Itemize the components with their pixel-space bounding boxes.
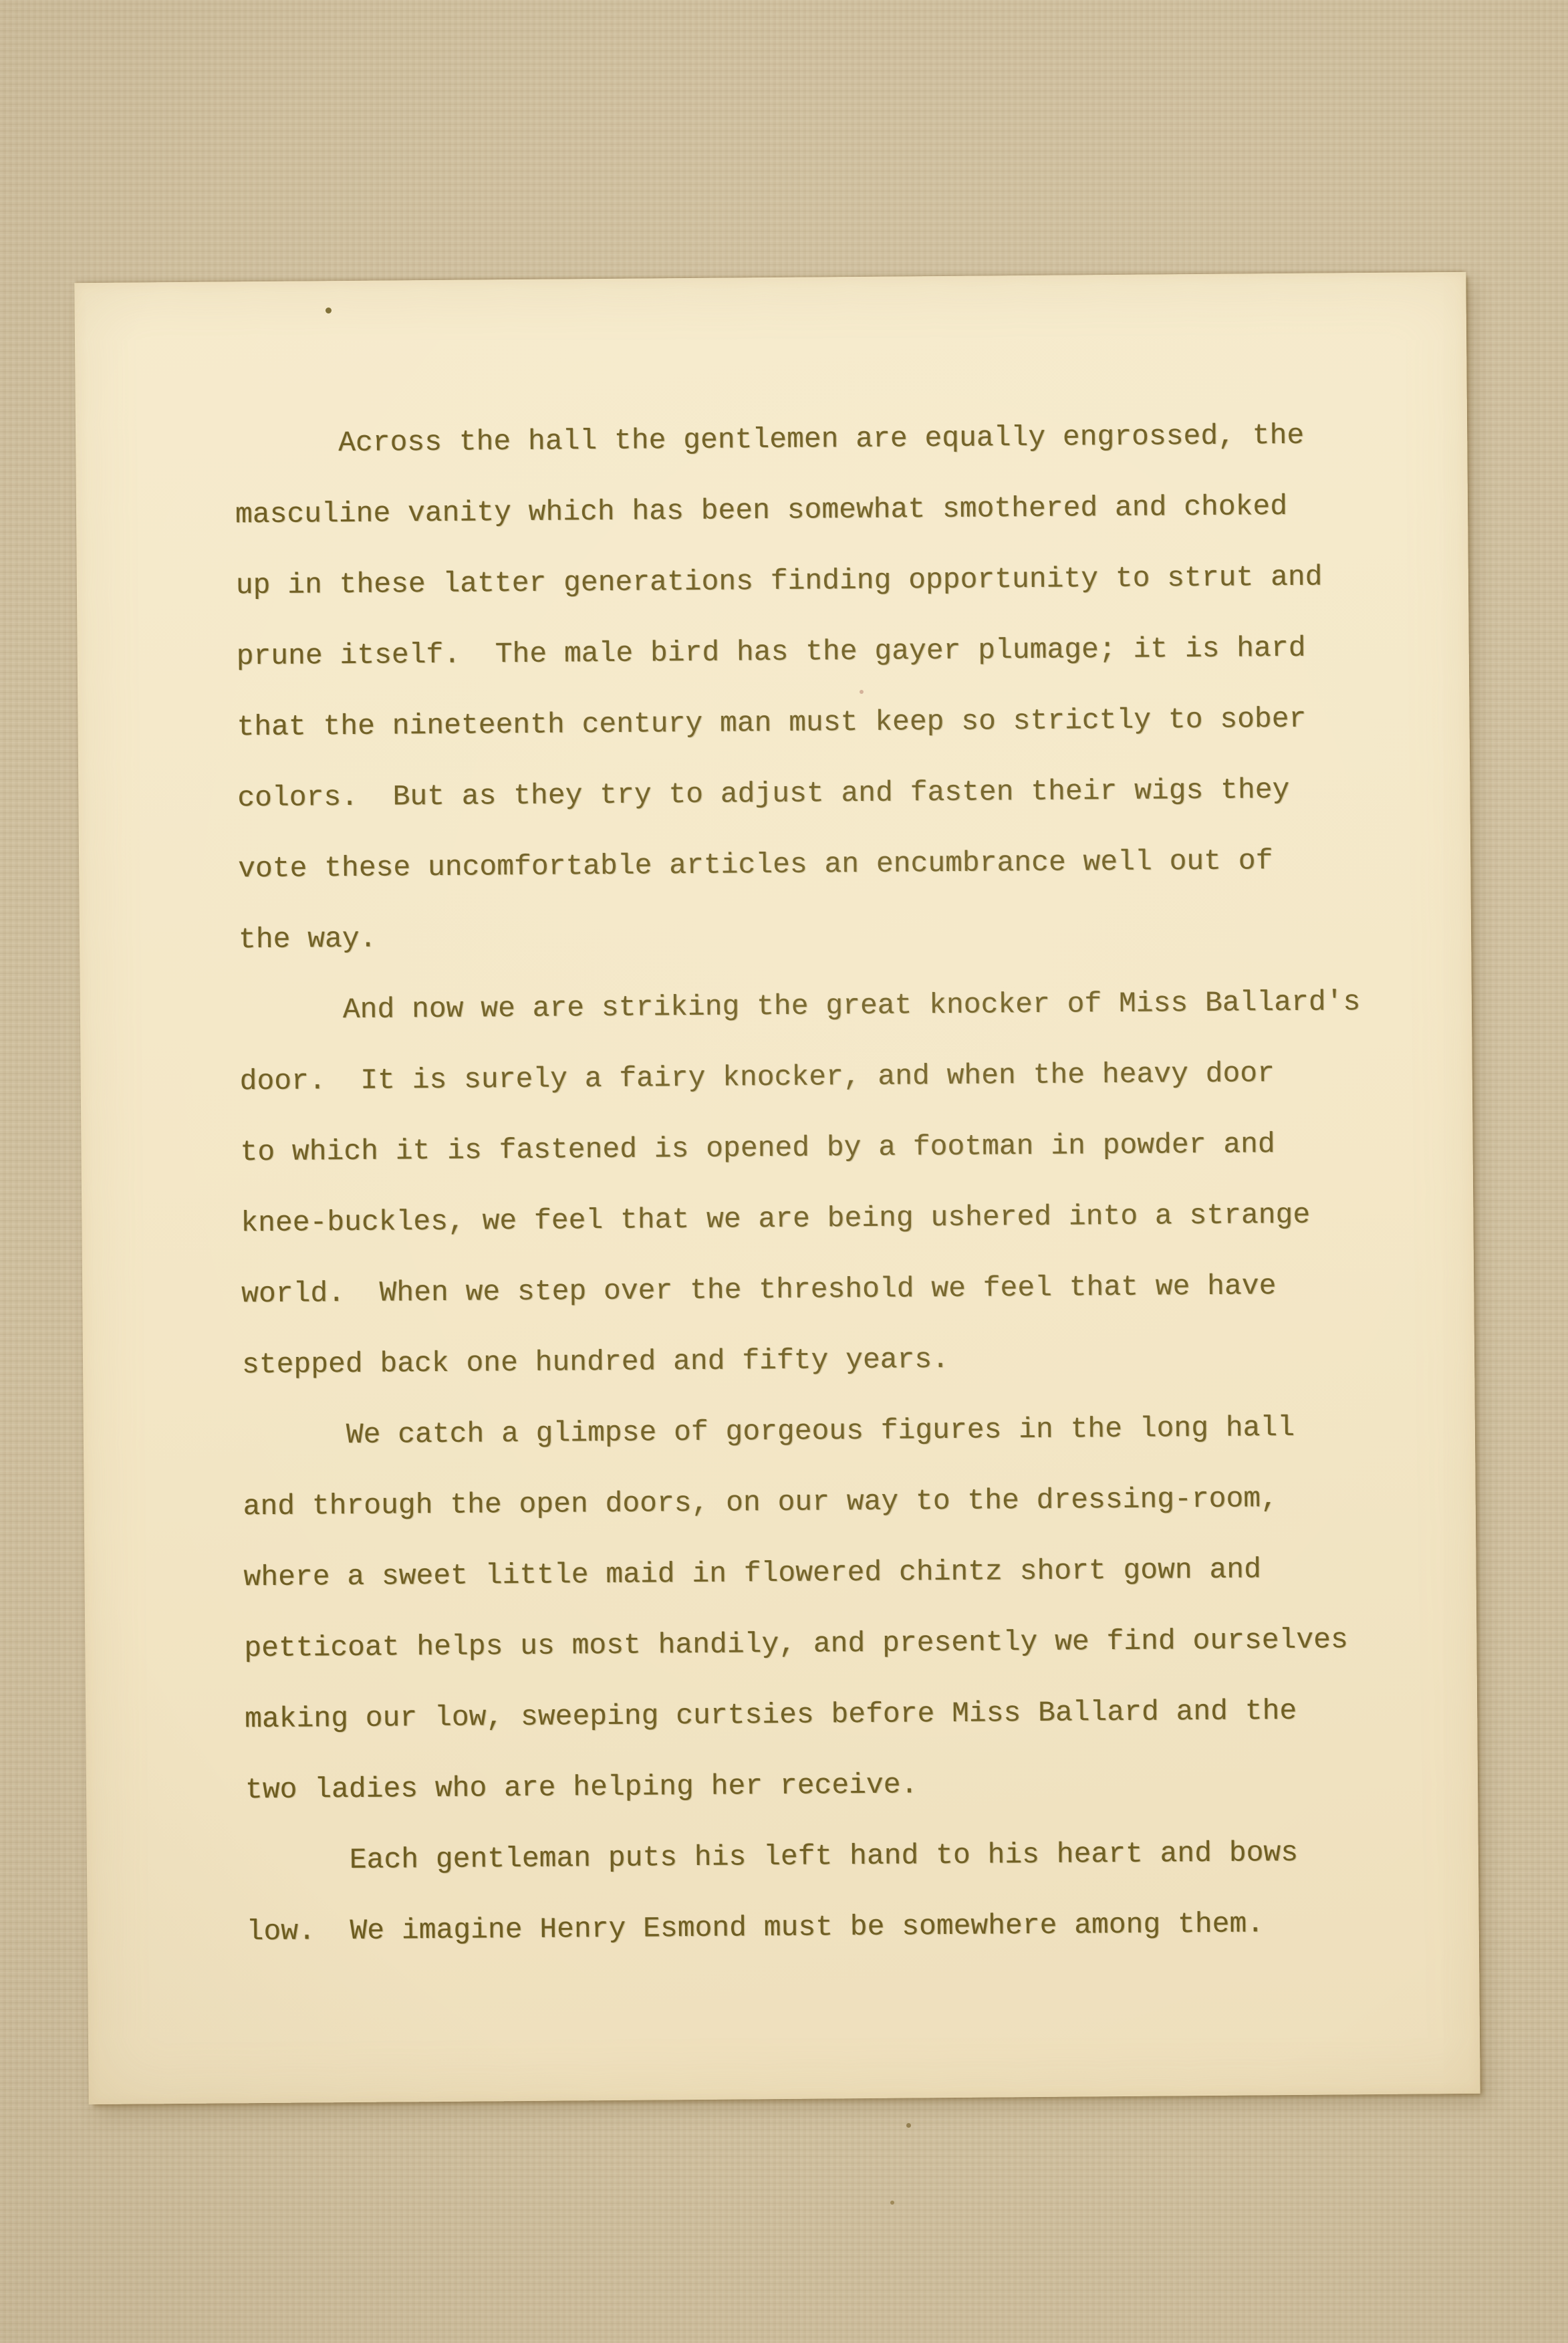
typed-line: the way. <box>239 895 1432 975</box>
typed-line: knee-buckles, we feel that we are being … <box>241 1179 1434 1259</box>
typed-line: that the nineteenth century man must kee… <box>237 683 1430 763</box>
typed-line: masculine vanity which has been somewhat… <box>235 470 1428 550</box>
typed-line: stepped back one hundred and fifty years… <box>242 1320 1435 1400</box>
typed-line: to which it is fastened is opened by a f… <box>240 1108 1433 1188</box>
typed-line: where a sweet little maid in flowered ch… <box>243 1533 1436 1613</box>
dust-speck <box>890 2201 894 2205</box>
dust-speck <box>860 690 864 694</box>
photo-mat: Across the hall the gentlemen are equall… <box>0 0 1568 2343</box>
typed-line: And now we are striking the great knocke… <box>239 966 1432 1046</box>
typed-line: and through the open doors, on our way t… <box>243 1462 1436 1542</box>
typed-text: Across the hall the gentlemen are equall… <box>235 399 1439 1967</box>
typed-line: Across the hall the gentlemen are equall… <box>235 399 1428 479</box>
typed-line: We catch a glimpse of gorgeous figures i… <box>242 1391 1435 1471</box>
manuscript-page: Across the hall the gentlemen are equall… <box>74 272 1480 2104</box>
typed-line: world. When we step over the threshold w… <box>241 1249 1434 1330</box>
typed-line: colors. But as they try to adjust and fa… <box>237 753 1430 834</box>
dust-speck <box>906 2123 911 2128</box>
typed-line: two ladies who are helping her receive. <box>245 1745 1438 1826</box>
typed-line: low. We imagine Henry Esmond must be som… <box>246 1887 1439 1967</box>
typed-line: up in these latter generations finding o… <box>235 541 1428 621</box>
typed-line: door. It is surely a fairy knocker, and … <box>239 1037 1432 1117</box>
typed-line: vote these uncomfortable articles an enc… <box>238 824 1431 904</box>
typed-line: prune itself. The male bird has the gaye… <box>236 612 1429 692</box>
typed-line: petticoat helps us most handily, and pre… <box>244 1604 1437 1684</box>
typed-line: making our low, sweeping curtsies before… <box>245 1675 1438 1755</box>
dust-speck <box>325 307 332 314</box>
typed-line: Each gentleman puts his left hand to his… <box>245 1816 1438 1896</box>
